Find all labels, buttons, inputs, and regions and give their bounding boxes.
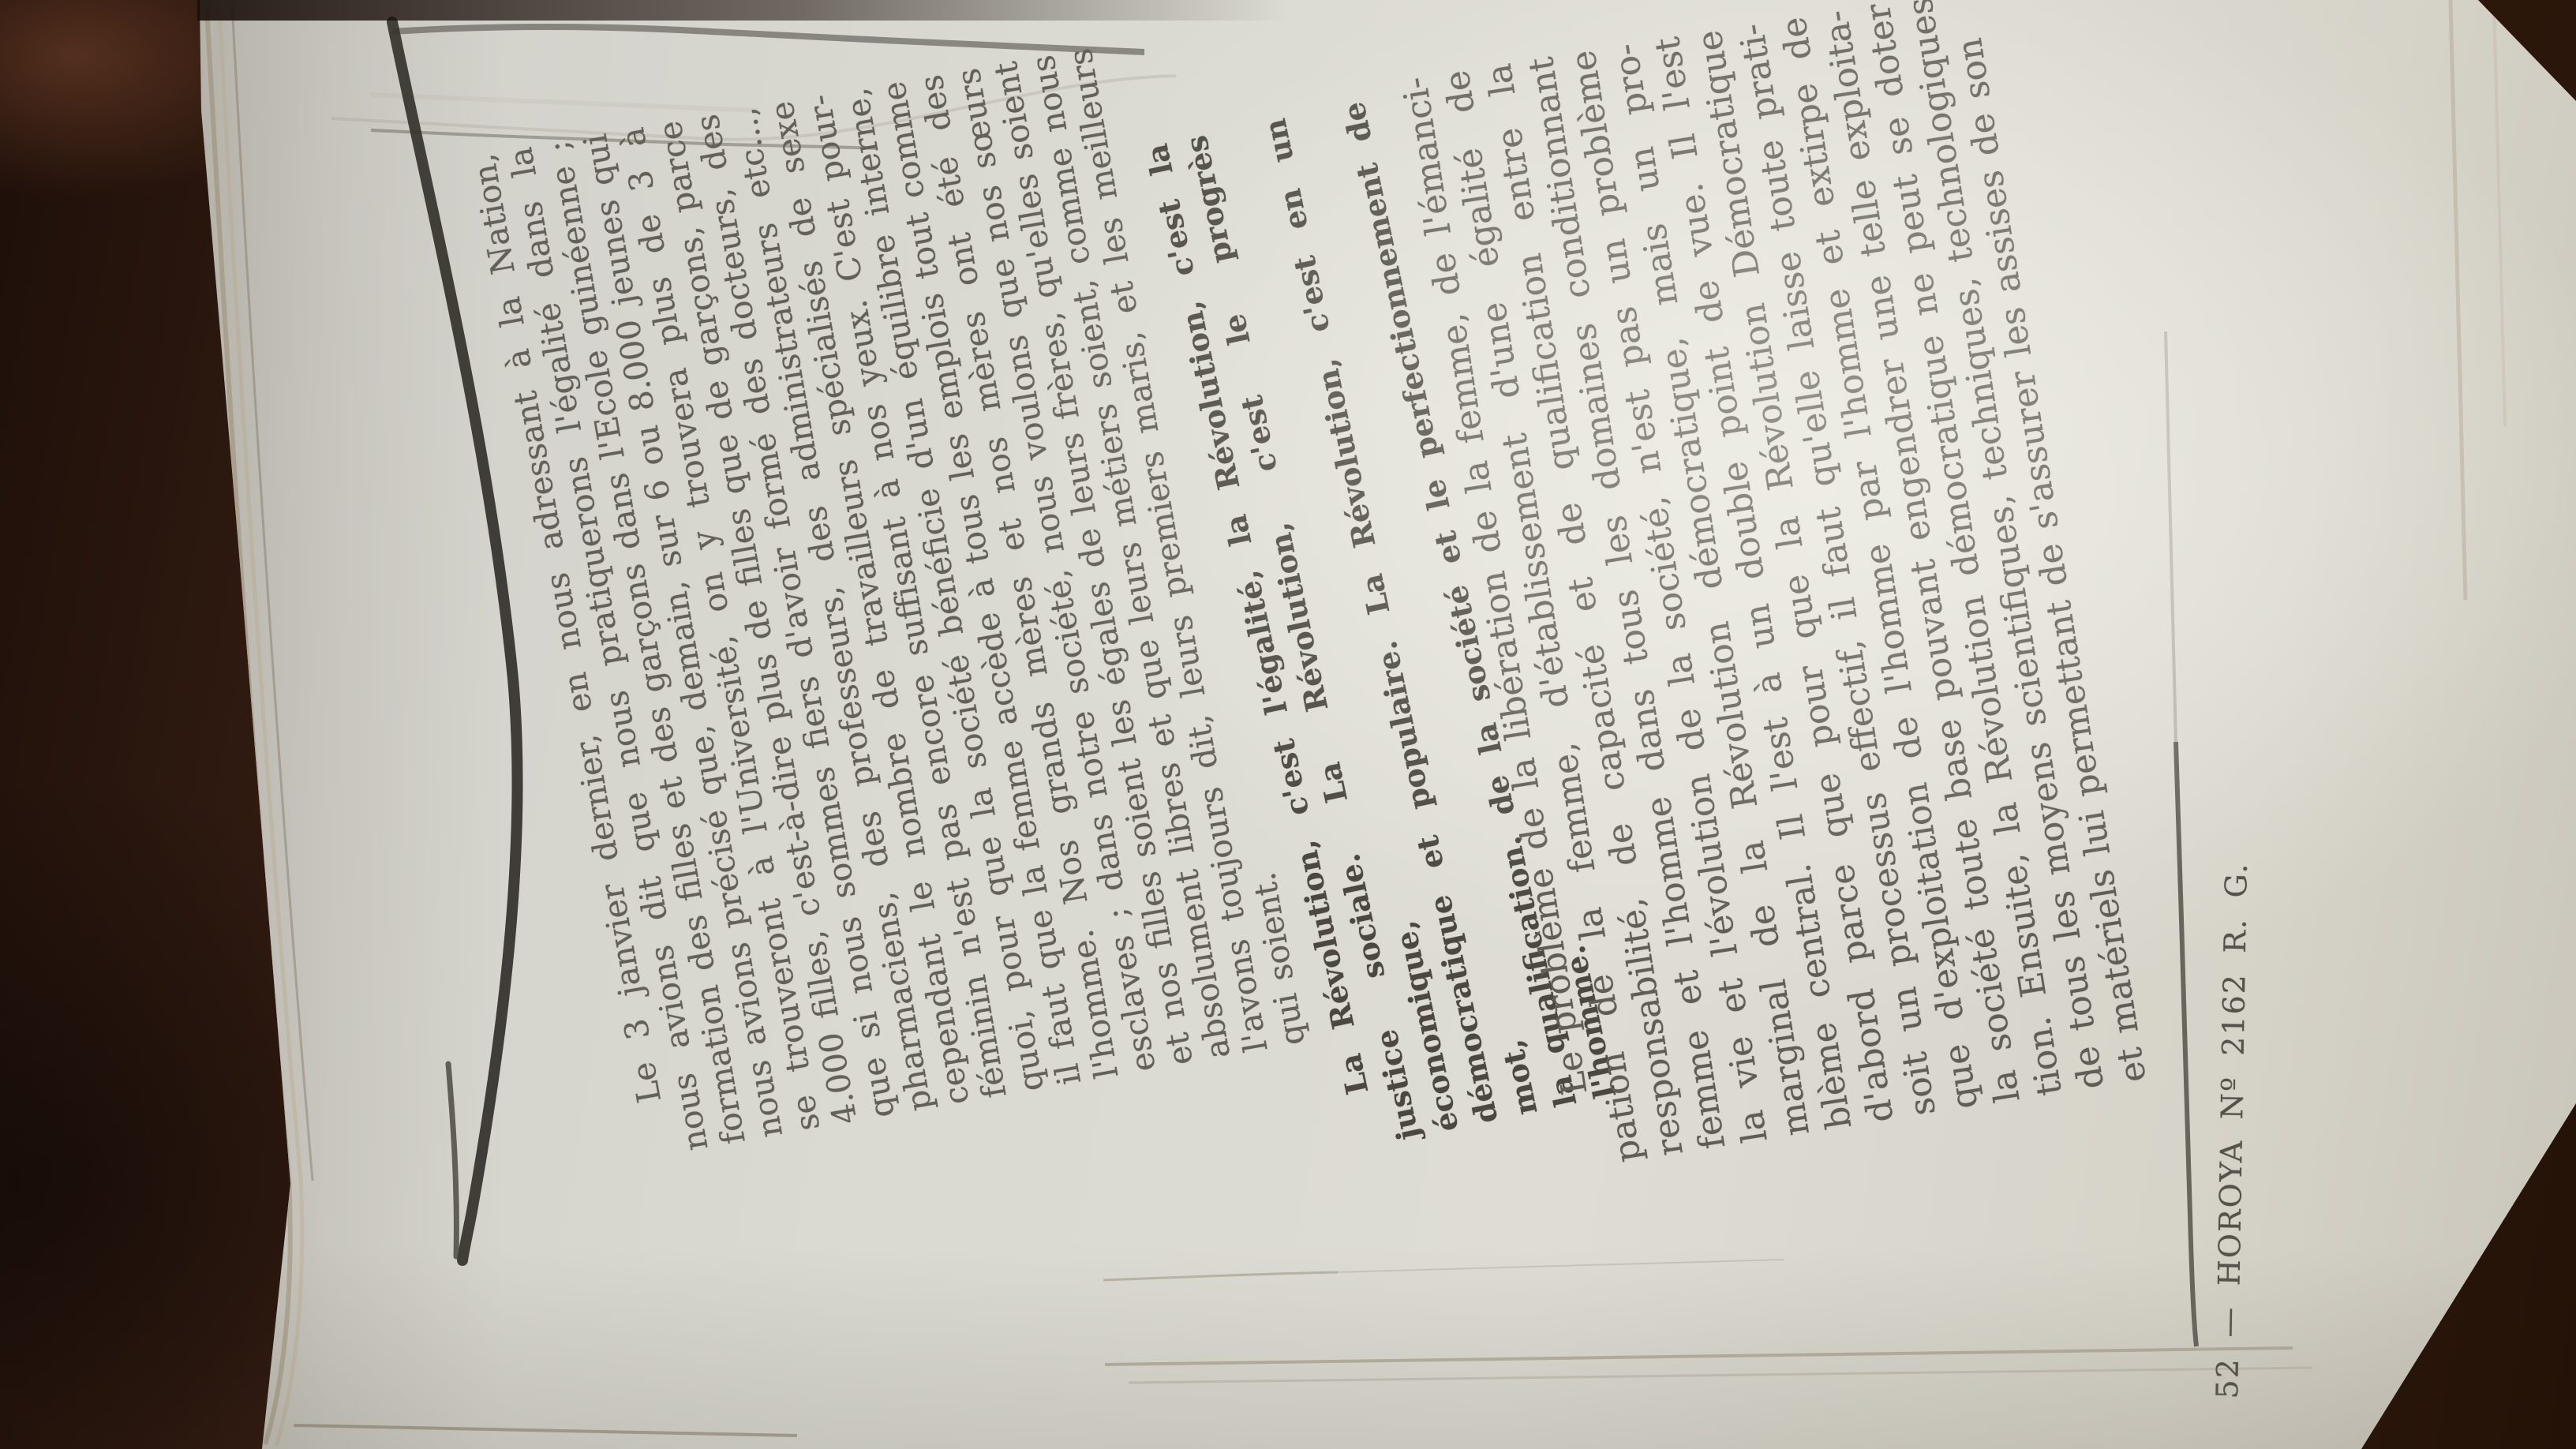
page-edge-lines-left bbox=[207, 3, 313, 1446]
photocopy-border-bottom-rule bbox=[2166, 331, 2196, 1346]
photo-of-open-book: { "page": { "para1": [ "Le 3 janvier der… bbox=[0, 0, 2576, 1449]
page-edge-lines-bottom bbox=[294, 1348, 2312, 1436]
page-crease-line bbox=[1103, 1260, 1784, 1280]
book-page: Le 3 janvier dernier, en nous adressant … bbox=[0, 0, 2576, 1449]
page-edge-lines-right bbox=[2368, 0, 2576, 1449]
